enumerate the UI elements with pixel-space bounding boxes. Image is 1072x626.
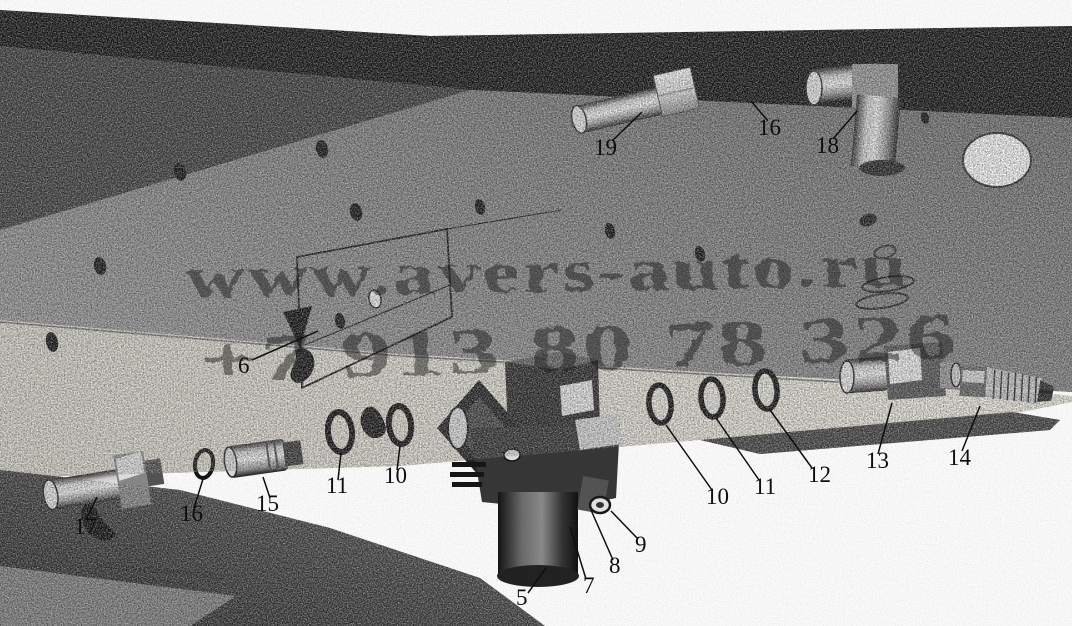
callout-label-11: 11 [326, 473, 348, 498]
callout-label-6: 6 [238, 353, 250, 378]
callout-label-16: 16 [758, 115, 781, 140]
callout-label-7: 7 [583, 573, 595, 598]
parts-diagram-figure: www.avers-auto.ru +7 913 80 78 326 61916… [0, 0, 1072, 626]
scanned-parts-diagram-page: www.avers-auto.ru +7 913 80 78 326 61916… [0, 0, 1072, 626]
callout-label-10: 10 [384, 463, 407, 488]
callout-label-12: 12 [808, 462, 831, 487]
callout-label-9: 9 [635, 532, 647, 557]
callout-label-15: 15 [256, 491, 279, 516]
callout-label-19: 19 [594, 135, 617, 160]
callout-label-13: 13 [866, 448, 889, 473]
callout-label-8: 8 [609, 553, 621, 578]
callout-label-10: 10 [706, 484, 729, 509]
callout-label-18: 18 [816, 133, 839, 158]
callout-label-17: 17 [74, 514, 97, 539]
callout-label-14: 14 [948, 445, 972, 470]
watermark-site-text: www.avers-auto.ru [184, 232, 910, 311]
callout-label-16: 16 [180, 501, 203, 526]
callout-label-11: 11 [754, 474, 776, 499]
callout-label-5: 5 [516, 585, 528, 610]
